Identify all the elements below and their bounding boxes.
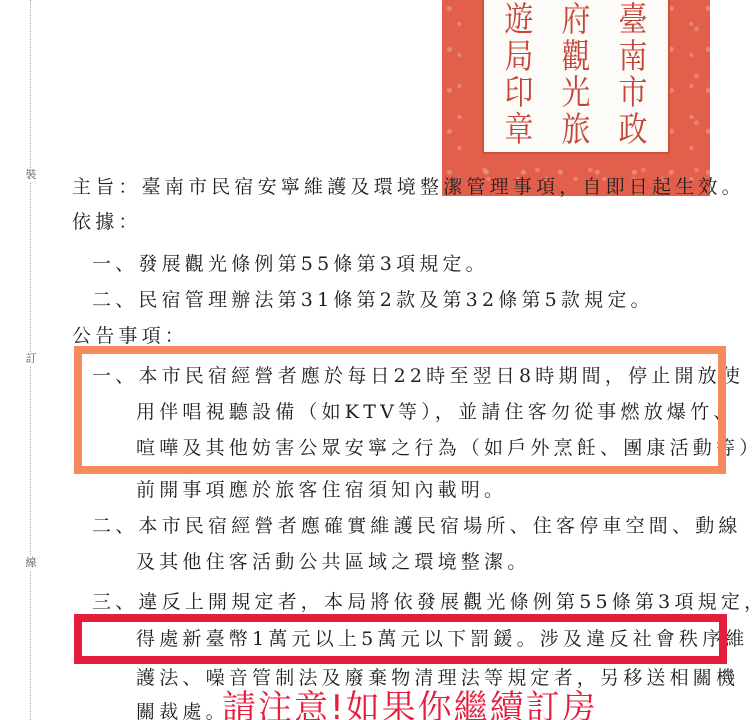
notice-item-2-line-1: 二、本市民宿經營者應確實維護民宿場所、住客停車空間、動線	[92, 514, 742, 538]
notice-item-3-line-4: 關裁處。	[136, 700, 229, 720]
notice-item-3-line-3: 護法、噪音管制法及廢棄物清理法等規定者，另移送相關機	[136, 666, 739, 690]
notice-item-3-line-1: 三、違反上開規定者，本局將依發展觀光條例第55條第3項規定，	[92, 590, 752, 614]
seal-glyph: 光	[562, 75, 591, 111]
seal-column-3: 遊 局 印 章	[504, 2, 533, 148]
seal-glyph: 府	[562, 2, 591, 38]
warning-overlay-text: 請注意!如果你繼續訂房	[222, 688, 598, 720]
seal-glyph: 印	[504, 75, 533, 111]
binding-label-xian: 線	[24, 556, 38, 570]
seal-glyph: 遊	[504, 2, 533, 38]
highlight-box-quiet-hours	[74, 346, 726, 474]
seal-glyph: 南	[619, 39, 648, 75]
subject-line: 主旨：臺南市民宿安寧維護及環境整潔管理事項，自即日起生效。	[72, 175, 745, 199]
seal-glyph: 市	[619, 75, 648, 111]
seal-glyph: 章	[504, 112, 533, 148]
basis-heading: 依據：	[72, 210, 142, 234]
binding-label-zhuang: 裝	[24, 168, 38, 182]
seal-inner-square: 臺 南 市 政 府 觀 光 旅 遊 局 印 章	[482, 0, 670, 154]
notice-item-1-line-4: 前開事項應於旅客住宿須知內載明。	[136, 478, 507, 502]
notice-item-2-line-2: 及其他住客活動公共區域之環境整潔。	[136, 550, 530, 574]
seal-glyph: 局	[504, 39, 533, 75]
official-seal: 臺 南 市 政 府 觀 光 旅 遊 局 印 章	[442, 0, 710, 196]
seal-column-1: 臺 南 市 政	[619, 2, 648, 148]
seal-glyph: 旅	[562, 112, 591, 148]
binding-label-ding: 訂	[24, 352, 38, 366]
seal-glyph: 政	[619, 112, 648, 148]
highlight-box-fine-amount	[74, 614, 727, 664]
notice-heading: 公告事項：	[72, 324, 188, 348]
seal-glyph: 觀	[562, 39, 591, 75]
seal-column-2: 府 觀 光 旅	[562, 2, 591, 148]
basis-item-2: 二、民宿管理辦法第31條第2款及第32條第5款規定。	[92, 288, 654, 312]
basis-item-1: 一、發展觀光條例第55條第3項規定。	[92, 252, 489, 276]
seal-glyph: 臺	[619, 2, 648, 38]
